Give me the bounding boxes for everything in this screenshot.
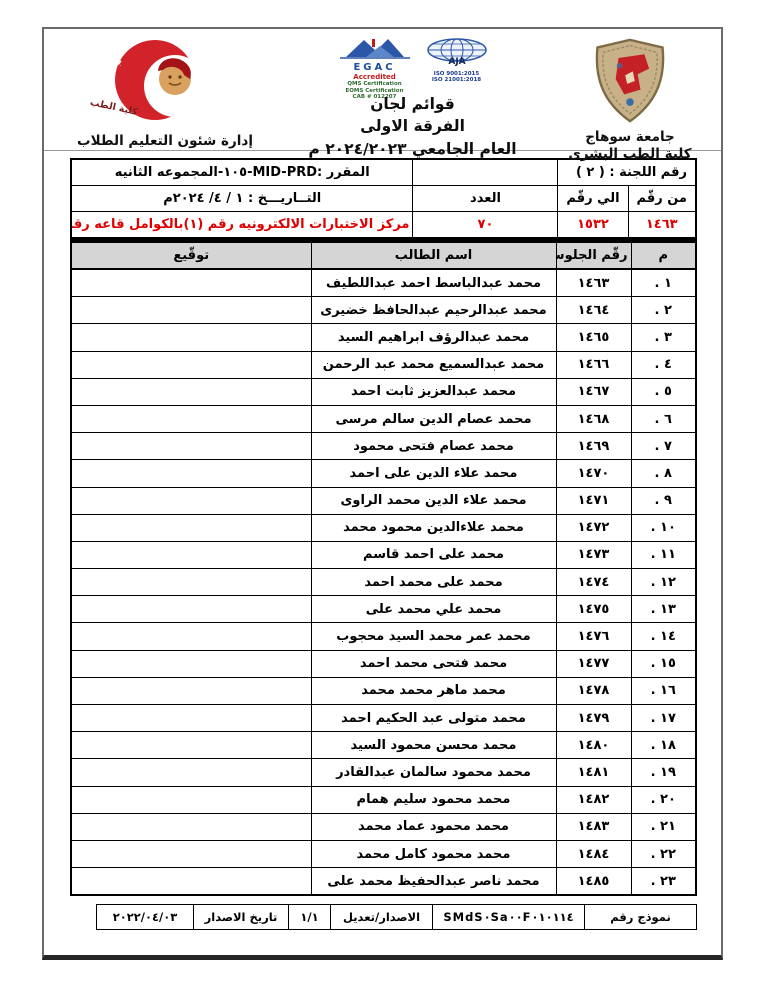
admin-department-label: إدارة شئون التعليم الطلاب <box>60 133 270 149</box>
student-seat-number: ١٤٨٢ <box>556 786 631 813</box>
student-serial: ١٩ . <box>631 759 696 786</box>
student-serial: ٩ . <box>631 487 696 514</box>
student-row: ٢٣ . ١٤٨٥ محمد ناصر عبدالحفيظ محمد على <box>71 868 696 896</box>
student-seat-number: ١٤٨٣ <box>556 813 631 840</box>
student-name: محمد علاء الدين محمد الراوى <box>311 487 556 514</box>
student-name: محمد عبدالرؤف ابراهيم السيد <box>311 324 556 351</box>
student-name: محمد محسن محمود السيد <box>311 732 556 759</box>
serial-column-header: م <box>631 242 696 270</box>
signature-cell <box>71 433 311 460</box>
doc-title-year-group: الفرقة الاولى <box>293 115 533 137</box>
aja-globe-icon: AJA <box>424 37 490 67</box>
student-seat-number: ١٤٨٥ <box>556 868 631 896</box>
issue-revision-label: الاصدار/تعديل <box>331 905 433 930</box>
signature-cell <box>71 786 311 813</box>
student-row: ٩ . ١٤٧١ محمد علاء الدين محمد الراوى <box>71 487 696 514</box>
student-seat-number: ١٤٧٥ <box>556 596 631 623</box>
signature-cell <box>71 677 311 704</box>
student-serial: ١٨ . <box>631 732 696 759</box>
student-name: محمد عصام فتحى محمود <box>311 433 556 460</box>
from-number-value: ١٤٦٣ <box>628 212 696 239</box>
egac-cert-line1: QMS Certification <box>336 81 414 87</box>
student-row: ٨ . ١٤٧٠ محمد علاء الدين على احمد <box>71 460 696 487</box>
university-block: جامعة سوهاج كلية الطب البشرى <box>555 37 705 163</box>
student-row: ٢ . ١٤٦٤ محمد عبدالرحيم عبدالحافظ خضيرى <box>71 297 696 324</box>
faculty-name: كلية الطب البشرى <box>555 146 705 163</box>
student-seat-number: ١٤٦٤ <box>556 297 631 324</box>
student-serial: ٢٠ . <box>631 786 696 813</box>
student-seat-number: ١٤٨٠ <box>556 732 631 759</box>
student-serial: ١٥ . <box>631 650 696 677</box>
signature-cell <box>71 840 311 867</box>
student-serial: ٤ . <box>631 351 696 378</box>
student-serial: ١٢ . <box>631 569 696 596</box>
student-row: ١١ . ١٤٧٣ محمد على احمد قاسم <box>71 541 696 568</box>
exam-center-location: مركز الاختبارات الالكترونيه رقم (١)بالكو… <box>71 212 413 239</box>
student-row: ١٨ . ١٤٨٠ محمد محسن محمود السيد <box>71 732 696 759</box>
signature-cell <box>71 732 311 759</box>
signature-cell <box>71 541 311 568</box>
student-row: ٢١ . ١٤٨٣ محمد محمود عماد محمد <box>71 813 696 840</box>
signature-cell <box>71 759 311 786</box>
signature-cell <box>71 460 311 487</box>
student-seat-number: ١٤٦٥ <box>556 324 631 351</box>
student-row: ١٦ . ١٤٧٨ محمد ماهر محمد محمد <box>71 677 696 704</box>
student-name: محمد عمر محمد السيد محجوب <box>311 623 556 650</box>
student-name: محمد محمود كامل محمد <box>311 840 556 867</box>
signature-cell <box>71 269 311 297</box>
student-name: محمد ناصر عبدالحفيظ محمد على <box>311 868 556 896</box>
student-row: ١٢ . ١٤٧٤ محمد على محمد احمد <box>71 569 696 596</box>
aja-certification-logo: AJA ISO 9001:2015 ISO 21001:2018 <box>424 37 490 84</box>
signature-cell <box>71 378 311 405</box>
student-serial: ١ . <box>631 269 696 297</box>
svg-text:AJA: AJA <box>448 57 465 67</box>
signature-cell <box>71 487 311 514</box>
student-serial: ٧ . <box>631 433 696 460</box>
form-number-code: SMdS٠Sa٠٠F٠١٠١١٤ <box>433 905 585 930</box>
page-header: جامعة سوهاج كلية الطب البشرى EGAC Accred… <box>44 29 721 150</box>
student-row: ١٥ . ١٤٧٧ محمد فتحى محمد احمد <box>71 650 696 677</box>
student-serial: ٢٢ . <box>631 840 696 867</box>
student-seat-number: ١٤٦٧ <box>556 378 631 405</box>
student-seat-number: ١٤٨١ <box>556 759 631 786</box>
signature-cell <box>71 569 311 596</box>
student-row: ٥ . ١٤٦٧ محمد عبدالعزيز ثابت احمد <box>71 378 696 405</box>
form-footer-row: نموذج رقم SMdS٠Sa٠٠F٠١٠١١٤ الاصدار/تعديل… <box>97 905 697 930</box>
signature-cell <box>71 813 311 840</box>
student-row: ٧ . ١٤٦٩ محمد عصام فتحى محمود <box>71 433 696 460</box>
signature-cell <box>71 405 311 432</box>
student-serial: ٣ . <box>631 324 696 351</box>
count-value: ٧٠ <box>413 212 558 239</box>
student-name: محمد ماهر محمد محمد <box>311 677 556 704</box>
student-row: ٢٢ . ١٤٨٤ محمد محمود كامل محمد <box>71 840 696 867</box>
document-titles: قوائم لجان الفرقة الاولى العام الجامعي ٢… <box>293 93 533 160</box>
student-name: محمد عبدالباسط احمد عبداللطيف <box>311 269 556 297</box>
student-serial: ٢١ . <box>631 813 696 840</box>
info-row-3: ١٤٦٣ ١٥٣٢ ٧٠ مركز الاختبارات الالكترونيه… <box>71 212 696 239</box>
to-number-label: الي رقّم <box>558 186 628 212</box>
student-serial: ٢ . <box>631 297 696 324</box>
signature-cell <box>71 514 311 541</box>
signature-cell <box>71 297 311 324</box>
student-name: محمد عصام الدين سالم مرسى <box>311 405 556 432</box>
doc-title-academic-year: العام الجامعي ٢٠٢٤/٢٠٢٣ م <box>293 138 533 160</box>
signature-cell <box>71 650 311 677</box>
form-number-label: نموذج رقم <box>585 905 697 930</box>
student-row: ١ . ١٤٦٣ محمد عبدالباسط احمد عبداللطيف <box>71 269 696 297</box>
student-row: ٤ . ١٤٦٦ محمد عبدالسميع محمد عبد الرحمن <box>71 351 696 378</box>
aja-iso-line2: ISO 21001:2018 <box>424 77 490 83</box>
committee-number: رقم اللجنة : ( ٢ ) <box>558 159 696 186</box>
egac-accreditation-logo: EGAC Accredited QMS Certification EOMS C… <box>336 37 414 100</box>
egac-name: EGAC <box>336 63 414 73</box>
student-row: ١٣ . ١٤٧٥ محمد علي محمد على <box>71 596 696 623</box>
student-seat-number: ١٤٧٧ <box>556 650 631 677</box>
student-name: محمد علي محمد على <box>311 596 556 623</box>
info-row-2: من رقّم الي رقّم العدد التــاريـــخ : ١ … <box>71 186 696 212</box>
student-seat-number: ١٤٧٦ <box>556 623 631 650</box>
student-row: ٦ . ١٤٦٨ محمد عصام الدين سالم مرسى <box>71 405 696 432</box>
student-name: محمد متولى عبد الحكيم احمد <box>311 705 556 732</box>
student-row: ١٩ . ١٤٨١ محمد محمود سالمان عبدالقادر <box>71 759 696 786</box>
student-name: محمد علاء الدين على احمد <box>311 460 556 487</box>
student-row: ٣ . ١٤٦٥ محمد عبدالرؤف ابراهيم السيد <box>71 324 696 351</box>
student-name: محمد محمود عماد محمد <box>311 813 556 840</box>
signature-cell <box>71 351 311 378</box>
egac-accredited-label: Accredited <box>336 73 414 81</box>
student-seat-number: ١٤٧٨ <box>556 677 631 704</box>
student-seat-number: ١٤٧٠ <box>556 460 631 487</box>
issue-date-label: تاريخ الاصدار <box>194 905 289 930</box>
student-serial: ١٧ . <box>631 705 696 732</box>
student-row: ٢٠ . ١٤٨٢ محمد محمود سليم همام <box>71 786 696 813</box>
student-name: محمد على محمد احمد <box>311 569 556 596</box>
student-seat-number: ١٤٨٤ <box>556 840 631 867</box>
student-seat-number: ١٤٦٦ <box>556 351 631 378</box>
doc-title-lists: قوائم لجان <box>293 93 533 115</box>
admin-block: جامعة سوهاج كلية الطب إدارة شئون التعليم… <box>60 37 270 149</box>
student-name: محمد محمود سالمان عبدالقادر <box>311 759 556 786</box>
student-serial: ٨ . <box>631 460 696 487</box>
issue-date-value: ٢٠٢٢/٠٤/٠٣ <box>97 905 194 930</box>
student-row: ١٤ . ١٤٧٦ محمد عمر محمد السيد محجوب <box>71 623 696 650</box>
egac-emblem-icon <box>336 37 414 59</box>
student-row: ١٧ . ١٤٧٩ محمد متولى عبد الحكيم احمد <box>71 705 696 732</box>
student-name: محمد على احمد قاسم <box>311 541 556 568</box>
student-name: محمد عبدالرحيم عبدالحافظ خضيرى <box>311 297 556 324</box>
signature-cell <box>71 596 311 623</box>
student-name: محمد فتحى محمد احمد <box>311 650 556 677</box>
student-name: محمد عبدالعزيز ثابت احمد <box>311 378 556 405</box>
student-row: ١٠ . ١٤٧٢ محمد علاءالدين محمود محمد <box>71 514 696 541</box>
student-seat-number: ١٤٧٣ <box>556 541 631 568</box>
count-label: العدد <box>413 186 558 212</box>
signature-cell <box>71 868 311 896</box>
student-name: محمد عبدالسميع محمد عبد الرحمن <box>311 351 556 378</box>
course-code: المقرر :MID-PRD-١٠٥-المجموعه الثانيه <box>71 159 413 186</box>
university-shield-logo <box>588 37 672 125</box>
student-seat-number: ١٤٧٤ <box>556 569 631 596</box>
student-seat-number: ١٤٦٩ <box>556 433 631 460</box>
signature-cell <box>71 705 311 732</box>
university-name: جامعة سوهاج <box>555 129 705 146</box>
to-number-value: ١٥٣٢ <box>558 212 628 239</box>
student-seat-number: ١٤٧٩ <box>556 705 631 732</box>
empty-cell <box>413 159 558 186</box>
student-name: محمد محمود سليم همام <box>311 786 556 813</box>
crescent-logo: جامعة سوهاج كلية الطب <box>89 37 241 127</box>
signature-cell <box>71 623 311 650</box>
students-header-row: م رقّم الجلوس اسم الطالب توقّيع <box>71 242 696 270</box>
student-seat-number: ١٤٦٣ <box>556 269 631 297</box>
student-seat-number: ١٤٦٨ <box>556 405 631 432</box>
student-serial: ١٦ . <box>631 677 696 704</box>
student-serial: ٦ . <box>631 405 696 432</box>
signature-column-header: توقّيع <box>71 242 311 270</box>
student-serial: ٥ . <box>631 378 696 405</box>
exam-date: التــاريـــخ : ١ / ٤/ ٢٠٢٤م <box>71 186 413 212</box>
from-number-label: من رقّم <box>628 186 696 212</box>
title-block: EGAC Accredited QMS Certification EOMS C… <box>293 37 533 160</box>
signature-cell <box>71 324 311 351</box>
form-footer-table: نموذج رقم SMdS٠Sa٠٠F٠١٠١١٤ الاصدار/تعديل… <box>96 904 697 930</box>
students-table: م رقّم الجلوس اسم الطالب توقّيع ١ . ١٤٦٣… <box>70 240 697 896</box>
document-page: جامعة سوهاج كلية الطب البشرى EGAC Accred… <box>42 27 723 960</box>
student-seat-number: ١٤٧١ <box>556 487 631 514</box>
student-serial: ١٤ . <box>631 623 696 650</box>
student-name: محمد علاءالدين محمود محمد <box>311 514 556 541</box>
committee-info-table: رقم اللجنة : ( ٢ ) المقرر :MID-PRD-١٠٥-ا… <box>70 158 697 240</box>
seat-number-column-header: رقّم الجلوس <box>556 242 631 270</box>
issue-revision-value: ١/١ <box>289 905 331 930</box>
student-serial: ١١ . <box>631 541 696 568</box>
student-serial: ٢٣ . <box>631 868 696 896</box>
info-row-1: رقم اللجنة : ( ٢ ) المقرر :MID-PRD-١٠٥-ا… <box>71 159 696 186</box>
student-serial: ١٠ . <box>631 514 696 541</box>
certification-logos: EGAC Accredited QMS Certification EOMS C… <box>293 37 533 91</box>
student-name-column-header: اسم الطالب <box>311 242 556 270</box>
student-seat-number: ١٤٧٢ <box>556 514 631 541</box>
student-serial: ١٣ . <box>631 596 696 623</box>
